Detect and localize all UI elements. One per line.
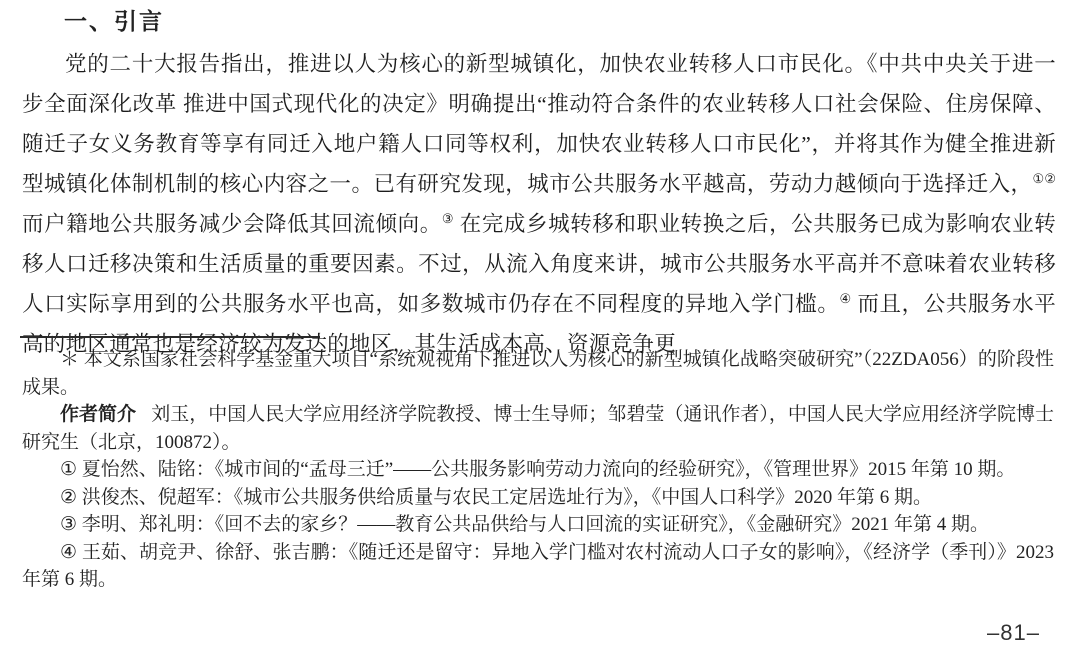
- footnote-item-marker: ④: [60, 542, 77, 563]
- page-number: –81–: [987, 620, 1040, 646]
- footnote-ref-superscript: ③: [442, 211, 454, 226]
- body-text-segment: 党的二十大报告指出，推进以人为核心的新型城镇化，加快农业转移人口市民化。《中共中…: [22, 52, 1056, 196]
- footnotes-section: ＊本文系国家社会科学基金重大项目“系统观视角下推进以人为核心的新型城镇化战略突破…: [22, 346, 1054, 594]
- author-bio-label: 作者简介: [60, 404, 136, 425]
- paper-page: 一、引言 党的二十大报告指出，推进以人为核心的新型城镇化，加快农业转移人口市民化…: [0, 0, 1080, 662]
- funding-note-text: 本文系国家社会科学基金重大项目“系统观视角下推进以人为核心的新型城镇化战略突破研…: [22, 349, 1054, 398]
- body-text-segment: 而户籍地公共服务减少会降低其回流倾向。: [22, 212, 442, 236]
- footnote-ref-superscript: ④: [840, 291, 852, 306]
- footnote-item-text: 李明、郑礼明：《回不去的家乡？——教育公共品供给与人口回流的实证研究》，《金融研…: [82, 514, 989, 535]
- footnote-item: ④王茹、胡竞尹、徐舒、张吉鹏：《随迁还是留守：异地入学门槛对农村流动人口子女的影…: [22, 539, 1054, 594]
- funding-note-marker: ＊: [60, 349, 79, 370]
- footnote-item-text: 王茹、胡竞尹、徐舒、张吉鹏：《随迁还是留守：异地入学门槛对农村流动人口子女的影响…: [22, 542, 1054, 591]
- footnote-item-text: 洪俊杰、倪超军：《城市公共服务供给质量与农民工定居选址行为》，《中国人口科学》2…: [82, 487, 932, 508]
- main-content: 一、引言 党的二十大报告指出，推进以人为核心的新型城镇化，加快农业转移人口市民化…: [22, 4, 1056, 386]
- author-bio: 作者简介刘玉，中国人民大学应用经济学院教授、博士生导师；邹碧莹（通讯作者），中国…: [22, 401, 1054, 456]
- funding-note: ＊本文系国家社会科学基金重大项目“系统观视角下推进以人为核心的新型城镇化战略突破…: [22, 346, 1054, 401]
- footnote-item-marker: ②: [60, 487, 77, 508]
- body-paragraph: 党的二十大报告指出，推进以人为核心的新型城镇化，加快农业转移人口市民化。《中共中…: [22, 44, 1056, 364]
- footnote-divider: [20, 336, 320, 338]
- footnote-item: ①夏怡然、陆铭：《城市间的“孟母三迁”——公共服务影响劳动力流向的经验研究》，《…: [22, 456, 1054, 484]
- footnote-list: ①夏怡然、陆铭：《城市间的“孟母三迁”——公共服务影响劳动力流向的经验研究》，《…: [22, 456, 1054, 594]
- footnote-item: ③李明、郑礼明：《回不去的家乡？——教育公共品供给与人口回流的实证研究》，《金融…: [22, 511, 1054, 539]
- footnote-item: ②洪俊杰、倪超军：《城市公共服务供给质量与农民工定居选址行为》，《中国人口科学》…: [22, 484, 1054, 512]
- footnote-item-text: 夏怡然、陆铭：《城市间的“孟母三迁”——公共服务影响劳动力流向的经验研究》，《管…: [82, 459, 1016, 480]
- footnote-item-marker: ①: [60, 459, 77, 480]
- footnote-item-marker: ③: [60, 514, 77, 535]
- section-heading: 一、引言: [22, 4, 1056, 38]
- author-bio-text: 刘玉，中国人民大学应用经济学院教授、博士生导师；邹碧莹（通讯作者），中国人民大学…: [22, 404, 1054, 453]
- footnote-ref-superscript: ①②: [1033, 171, 1056, 186]
